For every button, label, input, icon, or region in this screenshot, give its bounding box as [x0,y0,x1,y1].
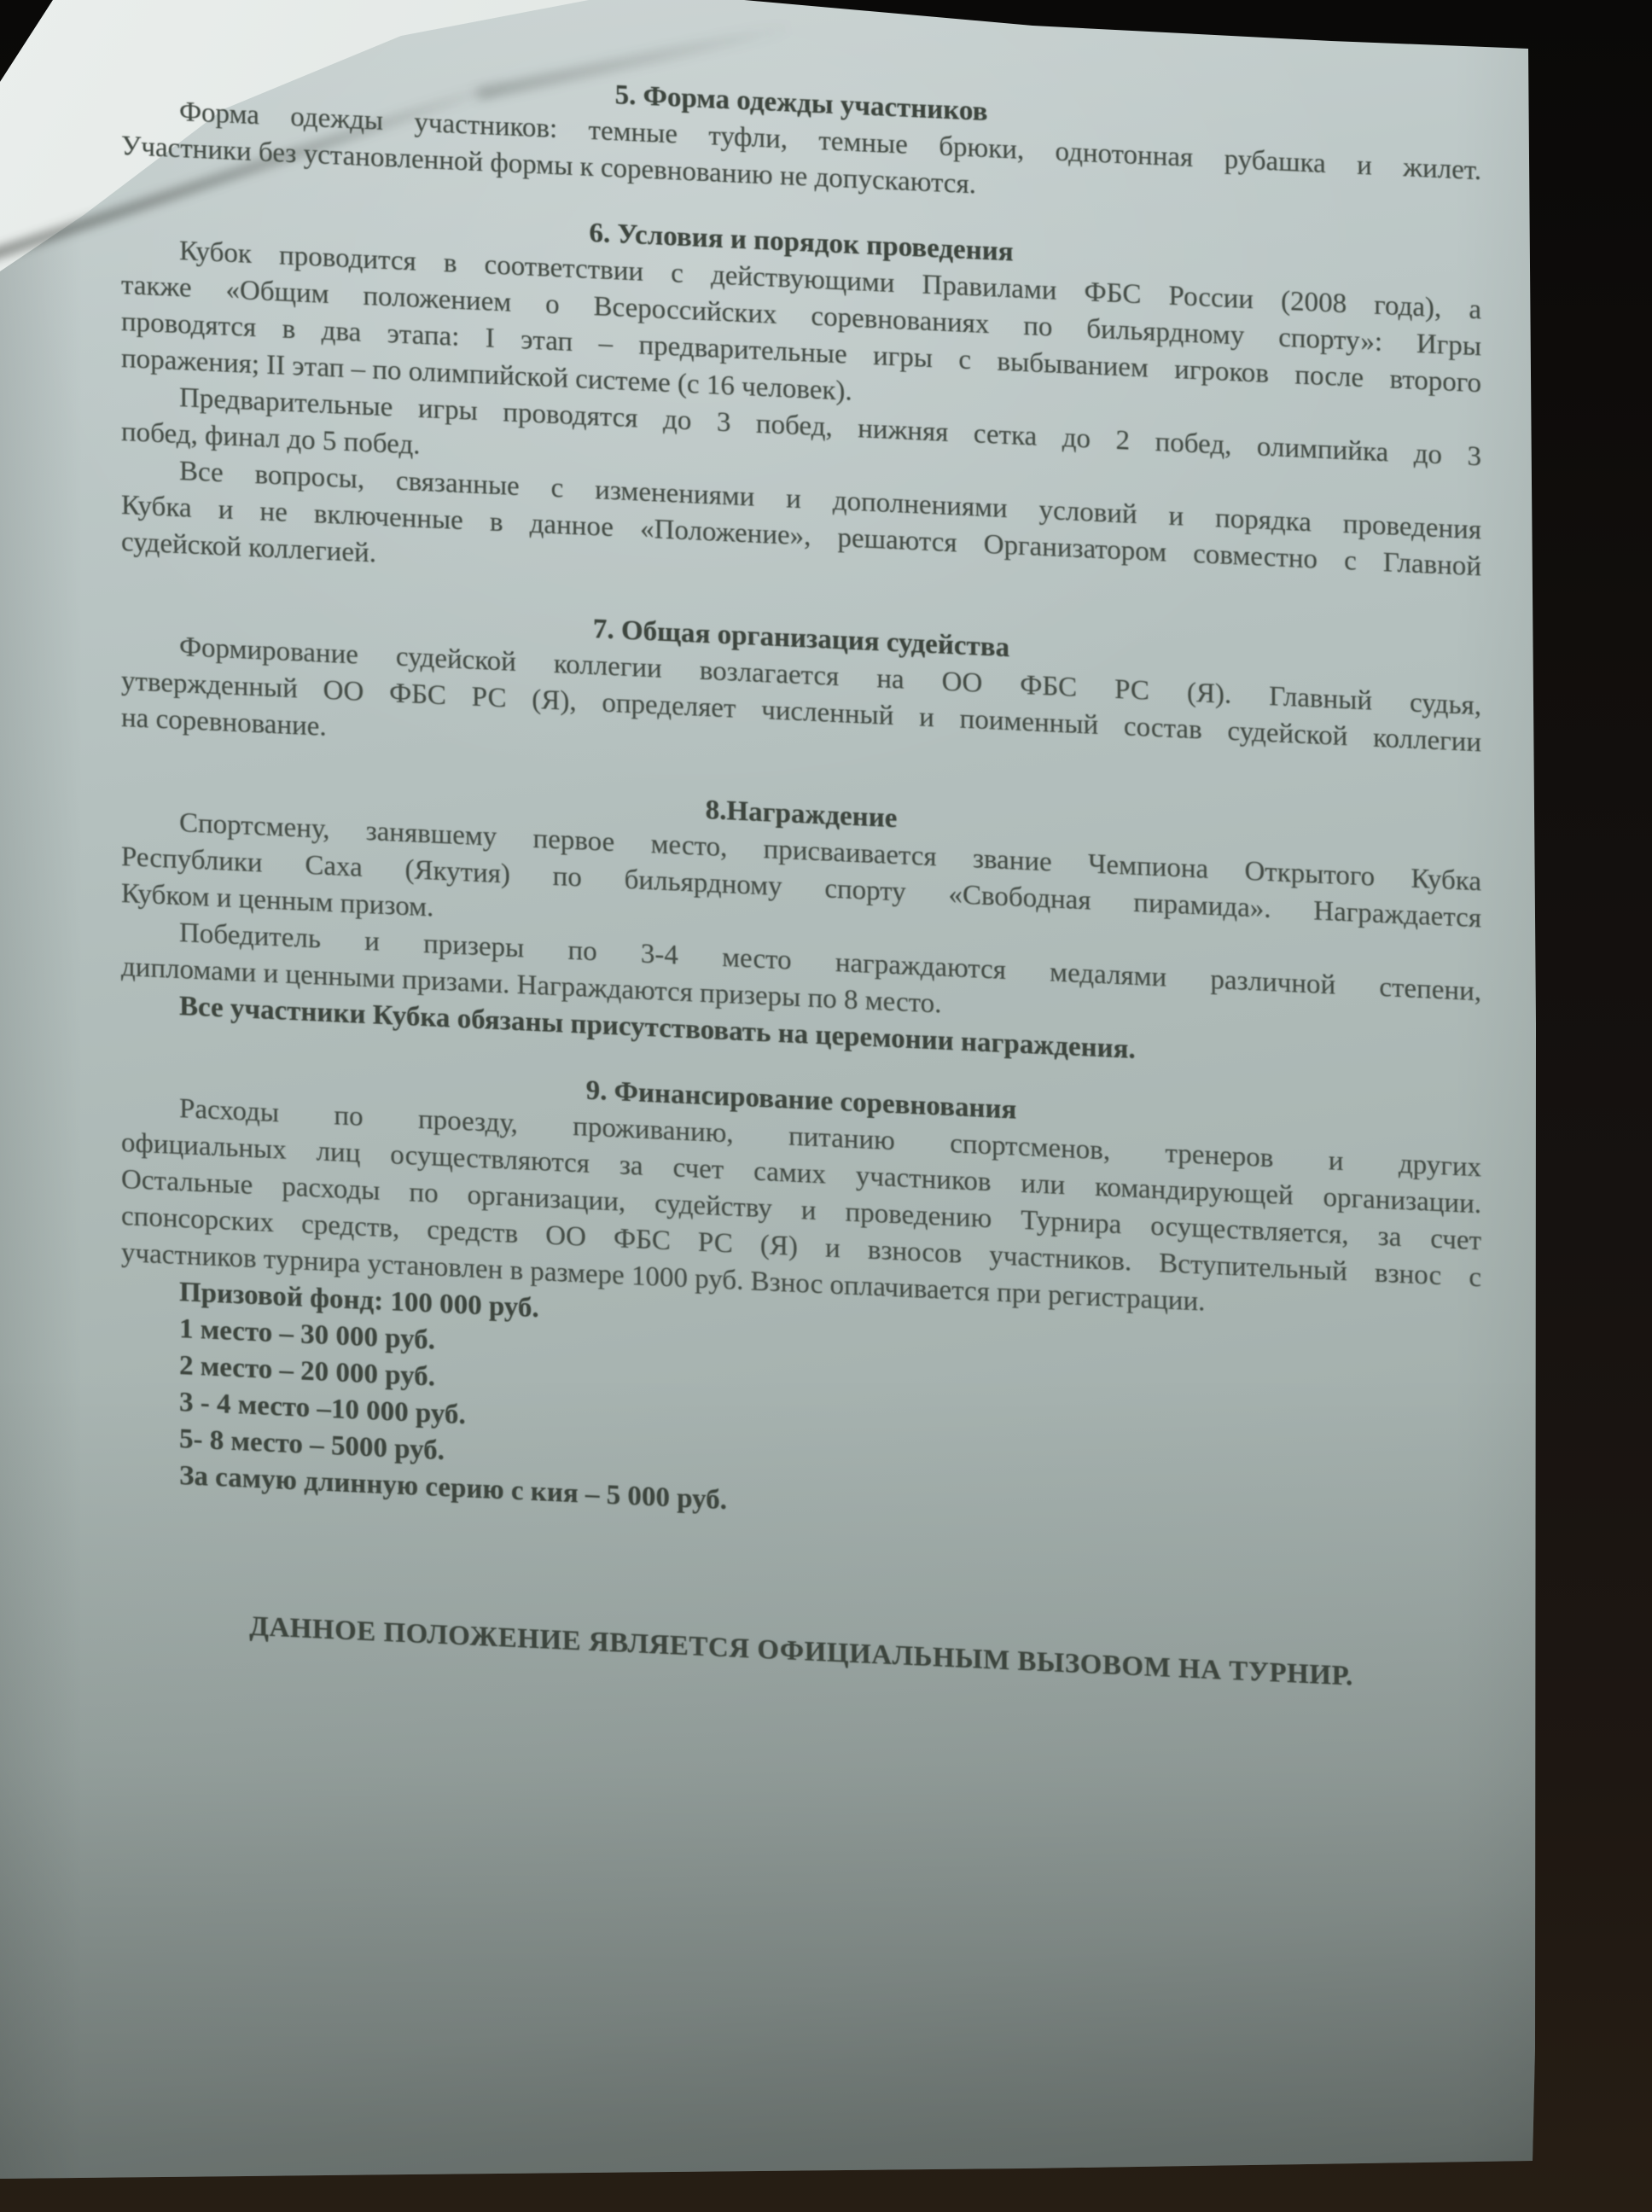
photo-background: 5. Форма одежды участниковФорма одежды у… [0,0,1652,2212]
document-text: 5. Форма одежды участниковФорма одежды у… [121,55,1481,1701]
document-section: 7. Общая организация судействаФормирован… [121,590,1481,798]
document-section: 8.НаграждениеСпортсмену, занявшему перво… [121,765,1481,1084]
document-section: 6. Условия и порядок проведенияКубок про… [121,194,1481,622]
document-section: 9. Финансирование соревнованияРасходы по… [121,1051,1481,1553]
